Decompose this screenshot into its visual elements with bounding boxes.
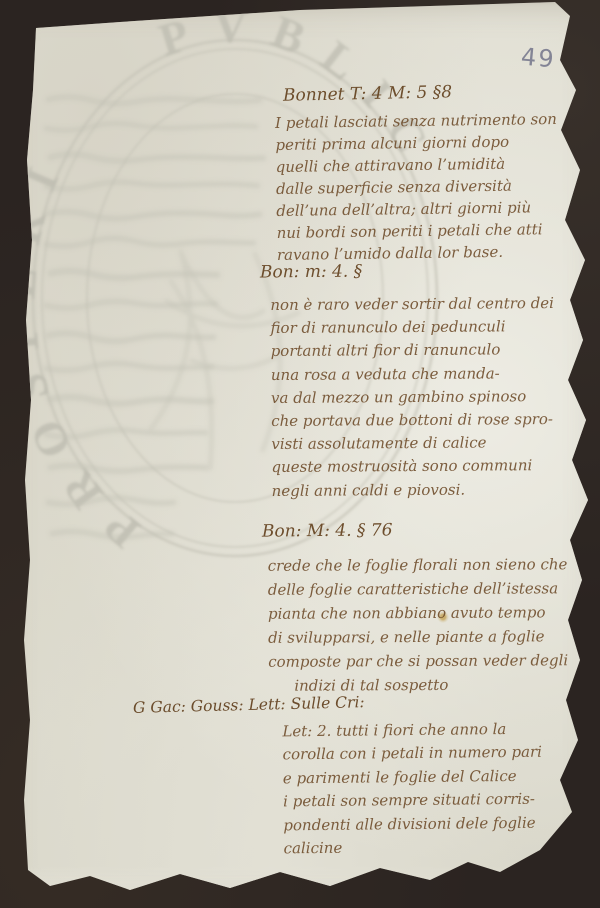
manuscript-line: visti assolutamente di calice: [271, 431, 555, 456]
manuscript-line: crede che le foglie florali non sieno ch…: [268, 552, 568, 578]
entry-heading: Bonnet T: 4 M: 5 §8: [283, 82, 452, 106]
manuscript-line: che portava due bottoni di rose spro-: [271, 408, 555, 433]
manuscript-line: corolla con i petali in numero pari: [283, 741, 543, 767]
entry-paragraph: non è raro veder sortir dal centro dei f…: [270, 292, 555, 503]
manuscript-line: pianta che non abbiano avuto tempo: [268, 600, 568, 626]
manuscript-line: Let: 2. tutti i fiori che anno la: [282, 718, 542, 744]
entry-heading: Bon: M: 4. § 76: [262, 520, 393, 541]
manuscript-line: delle foglie caratteristiche dell’istess…: [268, 576, 568, 602]
folio-number: 49: [520, 43, 557, 74]
manuscript-line: portanti altri fior di ranunculo: [271, 338, 555, 363]
manuscript-line: pondenti alle divisioni dele foglie: [283, 811, 543, 837]
manuscript-line: i petali son sempre situati corris-: [283, 788, 543, 814]
manuscript-line: va dal mezzo un gambino spinoso: [271, 385, 555, 410]
entry-paragraph: crede che le foglie florali non sieno ch…: [268, 552, 569, 698]
manuscript-line: e parimenti le foglie del Calice: [283, 764, 543, 790]
manuscript-line: fior di ranunculo dei pedunculi: [270, 315, 554, 340]
scanned-document-background: PROSPERI PVBLIC: [0, 0, 600, 908]
manuscript-line: composte par che si possan veder degli: [268, 648, 568, 674]
manuscript-line: negli anni caldi e piovosi.: [272, 478, 556, 503]
entry-paragraph: Let: 2. tutti i fiori che anno la coroll…: [282, 718, 543, 861]
manuscript-line: una rosa a veduta che manda-: [271, 362, 555, 387]
entry-heading: Bon: m: 4. §: [260, 262, 362, 283]
entry-paragraph: I petali lasciati senza nutrimento son p…: [275, 108, 559, 266]
manuscript-page: PROSPERI PVBLIC: [0, 0, 600, 908]
manuscript-line: queste mostruosità sono communi: [271, 454, 555, 479]
manuscript-line: calicine: [283, 835, 543, 861]
manuscript-line: di svilupparsi, e nelle piante a foglie: [268, 624, 568, 650]
manuscript-line: non è raro veder sortir dal centro dei: [270, 292, 554, 317]
